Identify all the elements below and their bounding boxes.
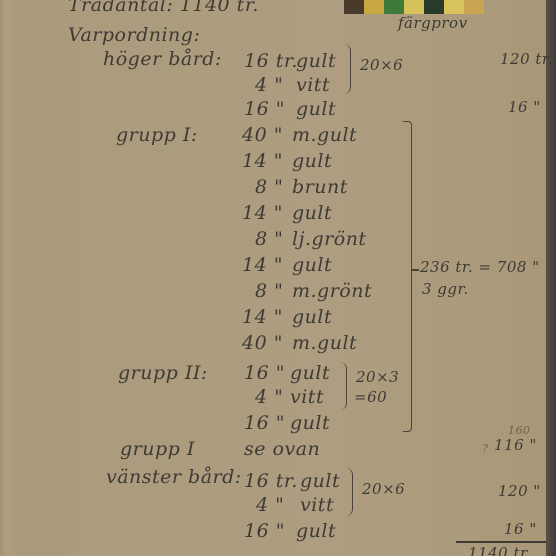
grand-total: 1140 tr. bbox=[468, 544, 531, 556]
line-color: gult bbox=[292, 150, 332, 172]
line-color: gult bbox=[292, 306, 332, 328]
color-sample-swatch bbox=[344, 0, 484, 14]
line-color: vitt bbox=[300, 494, 334, 516]
line-count: 16 tr. bbox=[244, 470, 298, 492]
line-count: 8 " bbox=[255, 176, 283, 198]
line-color: brunt bbox=[292, 176, 348, 198]
subtotal: 120 tr. bbox=[500, 50, 553, 68]
line-color: gult bbox=[296, 50, 336, 72]
line-color: gult bbox=[296, 98, 336, 120]
subtotal: 116 " bbox=[494, 436, 537, 454]
line-count: 40 " bbox=[242, 332, 283, 354]
line-count: 4 " bbox=[255, 74, 283, 96]
brace-note: =60 bbox=[354, 388, 387, 406]
left-border-label: vänster bård: bbox=[106, 466, 242, 488]
brace bbox=[346, 468, 353, 516]
line-color: vitt bbox=[296, 74, 330, 96]
thread-count: Trådantal: 1140 tr. bbox=[68, 0, 259, 16]
subtotal: 16 " bbox=[508, 98, 541, 116]
line-color: m.grönt bbox=[292, 280, 372, 302]
subtotal: 16 " bbox=[504, 520, 537, 538]
group-total: 236 tr. = 708 " bbox=[420, 258, 540, 276]
subtotal: 120 " bbox=[498, 482, 541, 500]
line-count: 8 " bbox=[255, 228, 283, 250]
line-count: 4 " bbox=[256, 494, 284, 516]
line-color: lj.grönt bbox=[292, 228, 367, 250]
brace-note: 20×6 bbox=[362, 480, 405, 498]
brace bbox=[344, 44, 351, 94]
line-count: 8 " bbox=[255, 280, 283, 302]
line-count: 14 " bbox=[242, 306, 283, 328]
line-count: 16 " bbox=[244, 412, 285, 434]
line-color: vitt bbox=[290, 386, 324, 408]
line-color: gult bbox=[300, 470, 340, 492]
line-color: gult bbox=[292, 202, 332, 224]
right-border-label: höger bård: bbox=[103, 48, 222, 70]
sum-rule bbox=[456, 541, 546, 543]
group-2-label: grupp II: bbox=[118, 362, 208, 384]
page-edge bbox=[546, 0, 556, 556]
line-color: gult bbox=[290, 362, 330, 384]
warp-order-label: Varpordning: bbox=[68, 24, 200, 46]
line-count: 14 " bbox=[242, 150, 283, 172]
group-repeat: 3 ggr. bbox=[422, 280, 469, 298]
line-color: m.gult bbox=[292, 332, 357, 354]
line-count: 16 " bbox=[244, 362, 285, 384]
line-color: m.gult bbox=[292, 124, 357, 146]
line-color: gult bbox=[290, 412, 330, 434]
color-sample-label: färgprov bbox=[398, 14, 468, 32]
group-1-repeat-label: grupp I bbox=[120, 438, 195, 460]
line-color: gult bbox=[296, 520, 336, 542]
line-count: 14 " bbox=[242, 254, 283, 276]
bracket-tick bbox=[411, 269, 419, 271]
group-bracket bbox=[403, 121, 412, 432]
line-count: 40 " bbox=[242, 124, 283, 146]
brace bbox=[340, 362, 347, 410]
line-count: 16 tr. bbox=[244, 50, 298, 72]
brace-note: 20×6 bbox=[360, 56, 403, 74]
line-count: 16 " bbox=[244, 98, 285, 120]
query-mark: ? bbox=[482, 442, 488, 455]
brace-note: 20×3 bbox=[356, 368, 399, 386]
line-count: 4 " bbox=[255, 386, 283, 408]
group-1-label: grupp I: bbox=[116, 124, 198, 146]
line-count: 16 " bbox=[244, 520, 285, 542]
line-color: gult bbox=[292, 254, 332, 276]
line-count: 14 " bbox=[242, 202, 283, 224]
see-above-note: se ovan bbox=[244, 438, 320, 460]
